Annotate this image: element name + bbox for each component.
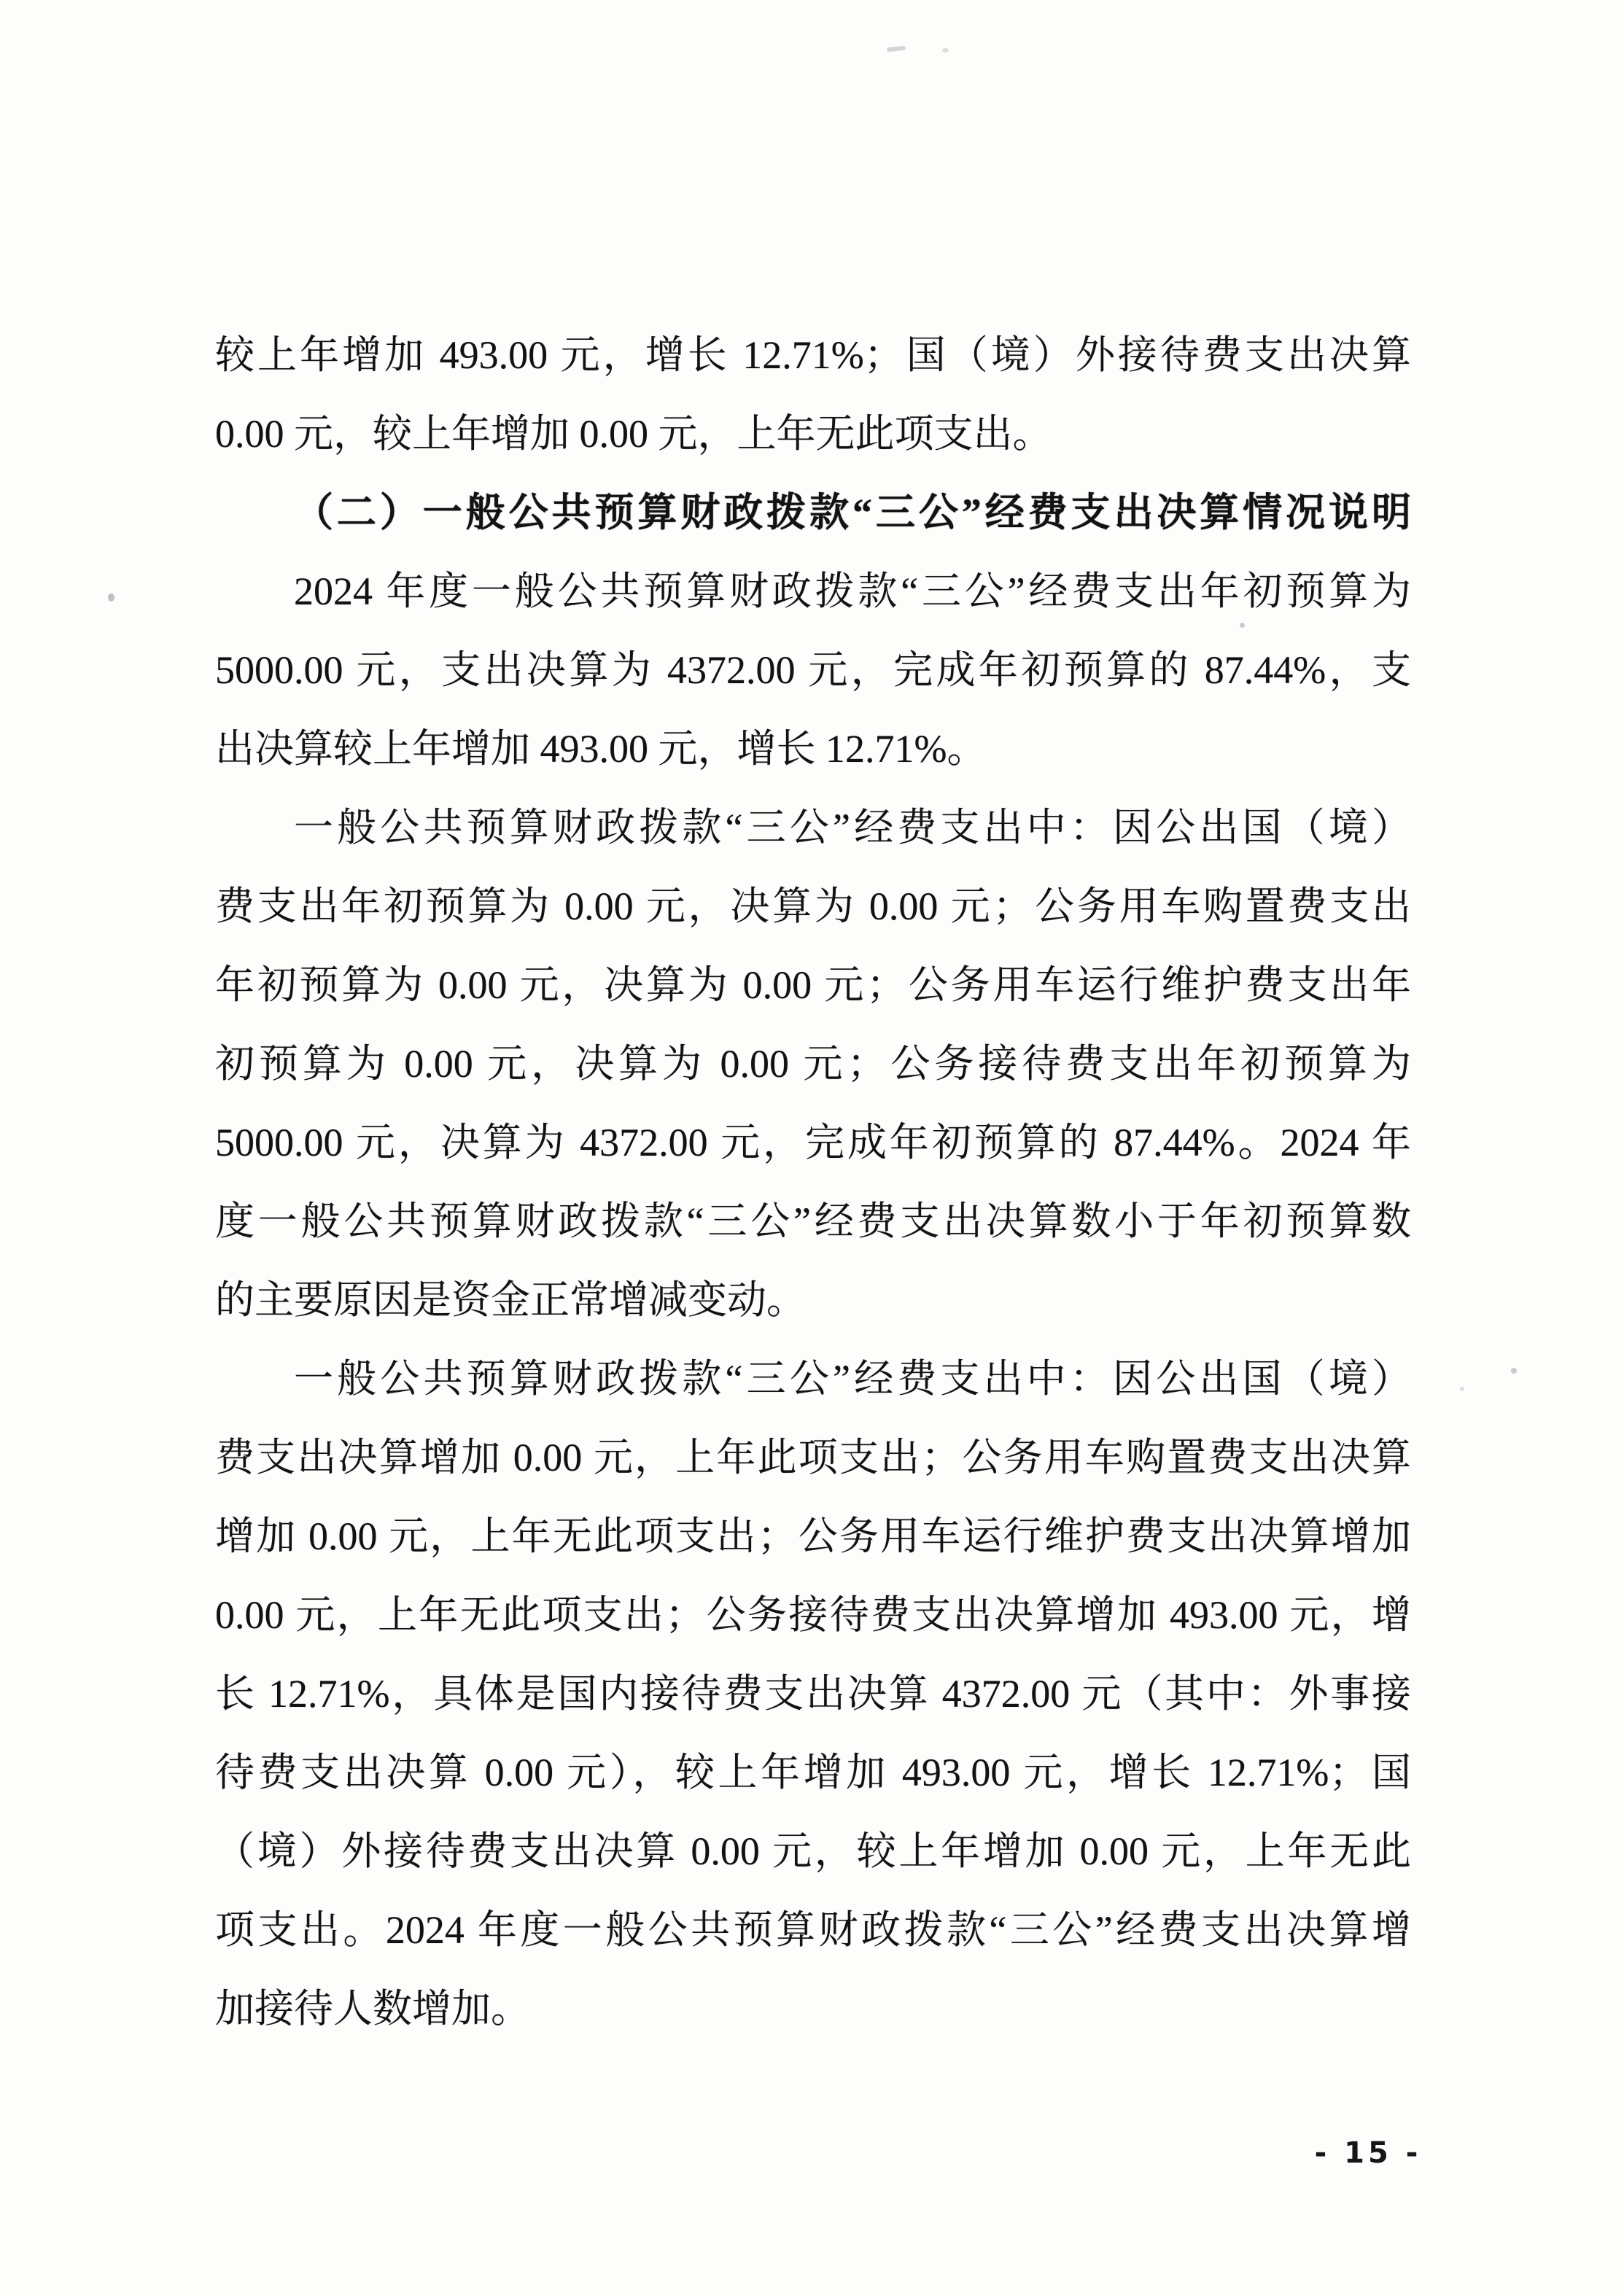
text-line-17: 0.00 元，上年无此项支出；公务接待费支出决算增加 493.00 元，增 (215, 1576, 1411, 1654)
text-line-7: 一般公共预算财政拨款“三公”经费支出中：因公出国（境） (215, 788, 1411, 867)
text-line-19: 待费支出决算 0.00 元），较上年增加 493.00 元，增长 12.71%；… (215, 1733, 1411, 1812)
text-line-9: 年初预算为 0.00 元，决算为 0.00 元；公务用车运行维护费支出年 (215, 946, 1411, 1024)
page-number: - 15 - (1310, 2136, 1426, 2170)
text-line-3: （二）一般公共预算财政拨款“三公”经费支出决算情况说明 (215, 473, 1411, 552)
text-line-4: 2024 年度一般公共预算财政拨款“三公”经费支出年初预算为 (215, 552, 1411, 631)
text-line-13: 的主要原因是资金正常增减变动。 (215, 1261, 1411, 1339)
scan-speck (1511, 1368, 1517, 1374)
body-text-block: 较上年增加 493.00 元，增长 12.71%；国（境）外接待费支出决算0.0… (215, 316, 1411, 2048)
text-line-1: 较上年增加 493.00 元，增长 12.71%；国（境）外接待费支出决算 (215, 316, 1411, 394)
text-line-2: 0.00 元，较上年增加 0.00 元，上年无此项支出。 (215, 394, 1411, 473)
text-line-5: 5000.00 元，支出决算为 4372.00 元，完成年初预算的 87.44%… (215, 631, 1411, 709)
text-line-11: 5000.00 元，决算为 4372.00 元，完成年初预算的 87.44%。2… (215, 1103, 1411, 1182)
text-line-22: 加接待人数增加。 (215, 1969, 1411, 2048)
text-line-6: 出决算较上年增加 493.00 元，增长 12.71%。 (215, 709, 1411, 788)
text-line-21: 项支出。2024 年度一般公共预算财政拨款“三公”经费支出决算增 (215, 1891, 1411, 1969)
text-line-14: 一般公共预算财政拨款“三公”经费支出中：因公出国（境） (215, 1339, 1411, 1418)
scan-speck (1460, 1387, 1464, 1391)
scan-speck (887, 46, 906, 52)
scan-speck (942, 48, 949, 52)
scanned-document-page: 较上年增加 493.00 元，增长 12.71%；国（境）外接待费支出决算0.0… (0, 0, 1624, 2296)
text-line-10: 初预算为 0.00 元，决算为 0.00 元；公务接待费支出年初预算为 (215, 1024, 1411, 1103)
text-line-8: 费支出年初预算为 0.00 元，决算为 0.00 元；公务用车购置费支出 (215, 867, 1411, 946)
text-line-18: 长 12.71%，具体是国内接待费支出决算 4372.00 元（其中：外事接 (215, 1654, 1411, 1733)
text-line-12: 度一般公共预算财政拨款“三公”经费支出决算数小于年初预算数 (215, 1182, 1411, 1261)
text-line-20: （境）外接待费支出决算 0.00 元，较上年增加 0.00 元，上年无此 (215, 1812, 1411, 1891)
scan-speck (108, 594, 114, 602)
text-line-15: 费支出决算增加 0.00 元，上年此项支出；公务用车购置费支出决算 (215, 1418, 1411, 1497)
text-line-16: 增加 0.00 元，上年无此项支出；公务用车运行维护费支出决算增加 (215, 1497, 1411, 1576)
